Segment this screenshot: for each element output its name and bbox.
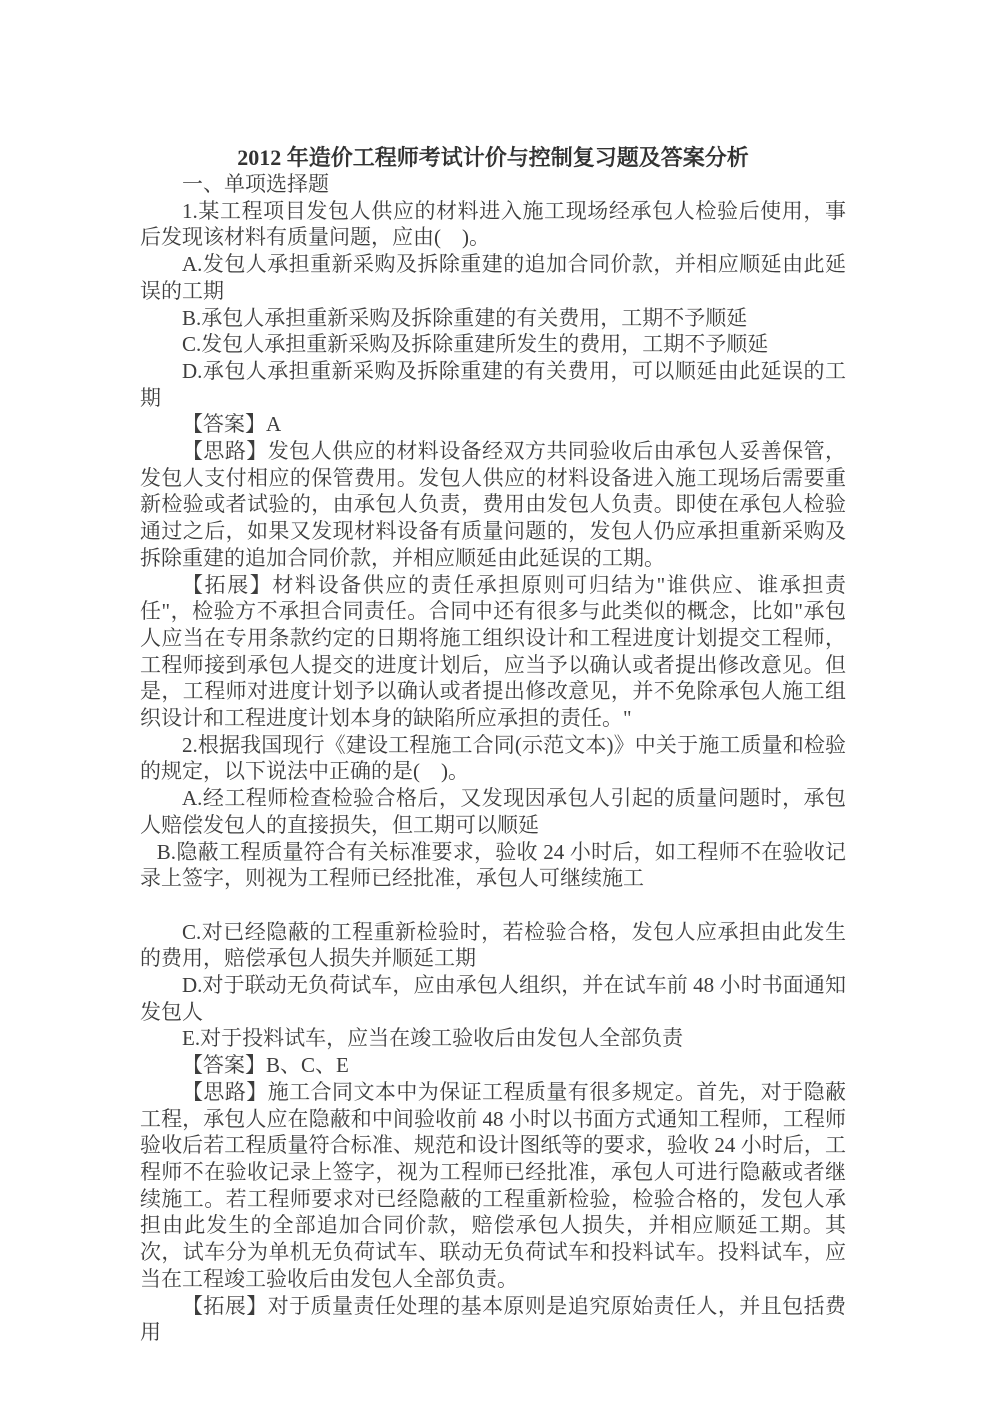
document-page: 2012 年造价工程师考试计价与控制复习题及答案分析 一、单项选择题 1.某工程… [0, 0, 993, 1404]
question2-option-a: A.经工程师检查检验合格后，又发现因承包人引起的质量问题时，承包人赔偿发包人的直… [140, 785, 846, 838]
question2-stem: 2.根据我国现行《建设工程施工合同(示范文本)》中关于施工质量和检验的规定，以下… [140, 732, 846, 785]
question1-answer: 【答案】A [140, 411, 846, 438]
question1-stem: 1.某工程项目发包人供应的材料进入施工现场经承包人检验后使用，事后发现该材料有质… [140, 198, 846, 251]
question1-analysis: 【思路】发包人供应的材料设备经双方共同验收后由承包人妥善保管，发包人支付相应的保… [140, 438, 846, 572]
question2-extension: 【拓展】对于质量责任处理的基本原则是追究原始责任人，并且包括费用 [140, 1293, 846, 1346]
page-background: { "document": { "title": "2012 年造价工程师考试计… [0, 0, 993, 1404]
question1-option-b: B.承包人承担重新采购及拆除重建的有关费用，工期不予顺延 [140, 305, 846, 332]
question1-option-d: D.承包人承担重新采购及拆除重建的有关费用，可以顺延由此延误的工期 [140, 358, 846, 411]
question2-option-c: C.对已经隐蔽的工程重新检验时，若检验合格，发包人应承担由此发生的费用，赔偿承包… [140, 919, 846, 972]
document-content: 2012 年造价工程师考试计价与控制复习题及答案分析 一、单项选择题 1.某工程… [140, 144, 846, 1346]
question2-analysis: 【思路】施工合同文本中为保证工程质量有很多规定。首先，对于隐蔽工程，承包人应在隐… [140, 1079, 846, 1293]
question1-option-c: C.发包人承担重新采购及拆除重建所发生的费用，工期不予顺延 [140, 331, 846, 358]
question2-option-e: E.对于投料试车，应当在竣工验收后由发包人全部负责 [140, 1025, 846, 1052]
document-title: 2012 年造价工程师考试计价与控制复习题及答案分析 [140, 144, 846, 171]
section-heading: 一、单项选择题 [140, 171, 846, 198]
question2-option-b: B.隐蔽工程质量符合有关标准要求，验收 24 小时后，如工程师不在验收记录上签字… [140, 839, 846, 892]
question1-option-a: A.发包人承担重新采购及拆除重建的追加合同价款，并相应顺延由此延误的工期 [140, 251, 846, 304]
question1-extension: 【拓展】材料设备供应的责任承担原则可归结为"谁供应、谁承担责任"，检验方不承担合… [140, 572, 846, 732]
blank-line [140, 892, 846, 919]
question2-answer: 【答案】B、C、E [140, 1052, 846, 1079]
question2-option-d: D.对于联动无负荷试车，应由承包人组织，并在试车前 48 小时书面通知发包人 [140, 972, 846, 1025]
